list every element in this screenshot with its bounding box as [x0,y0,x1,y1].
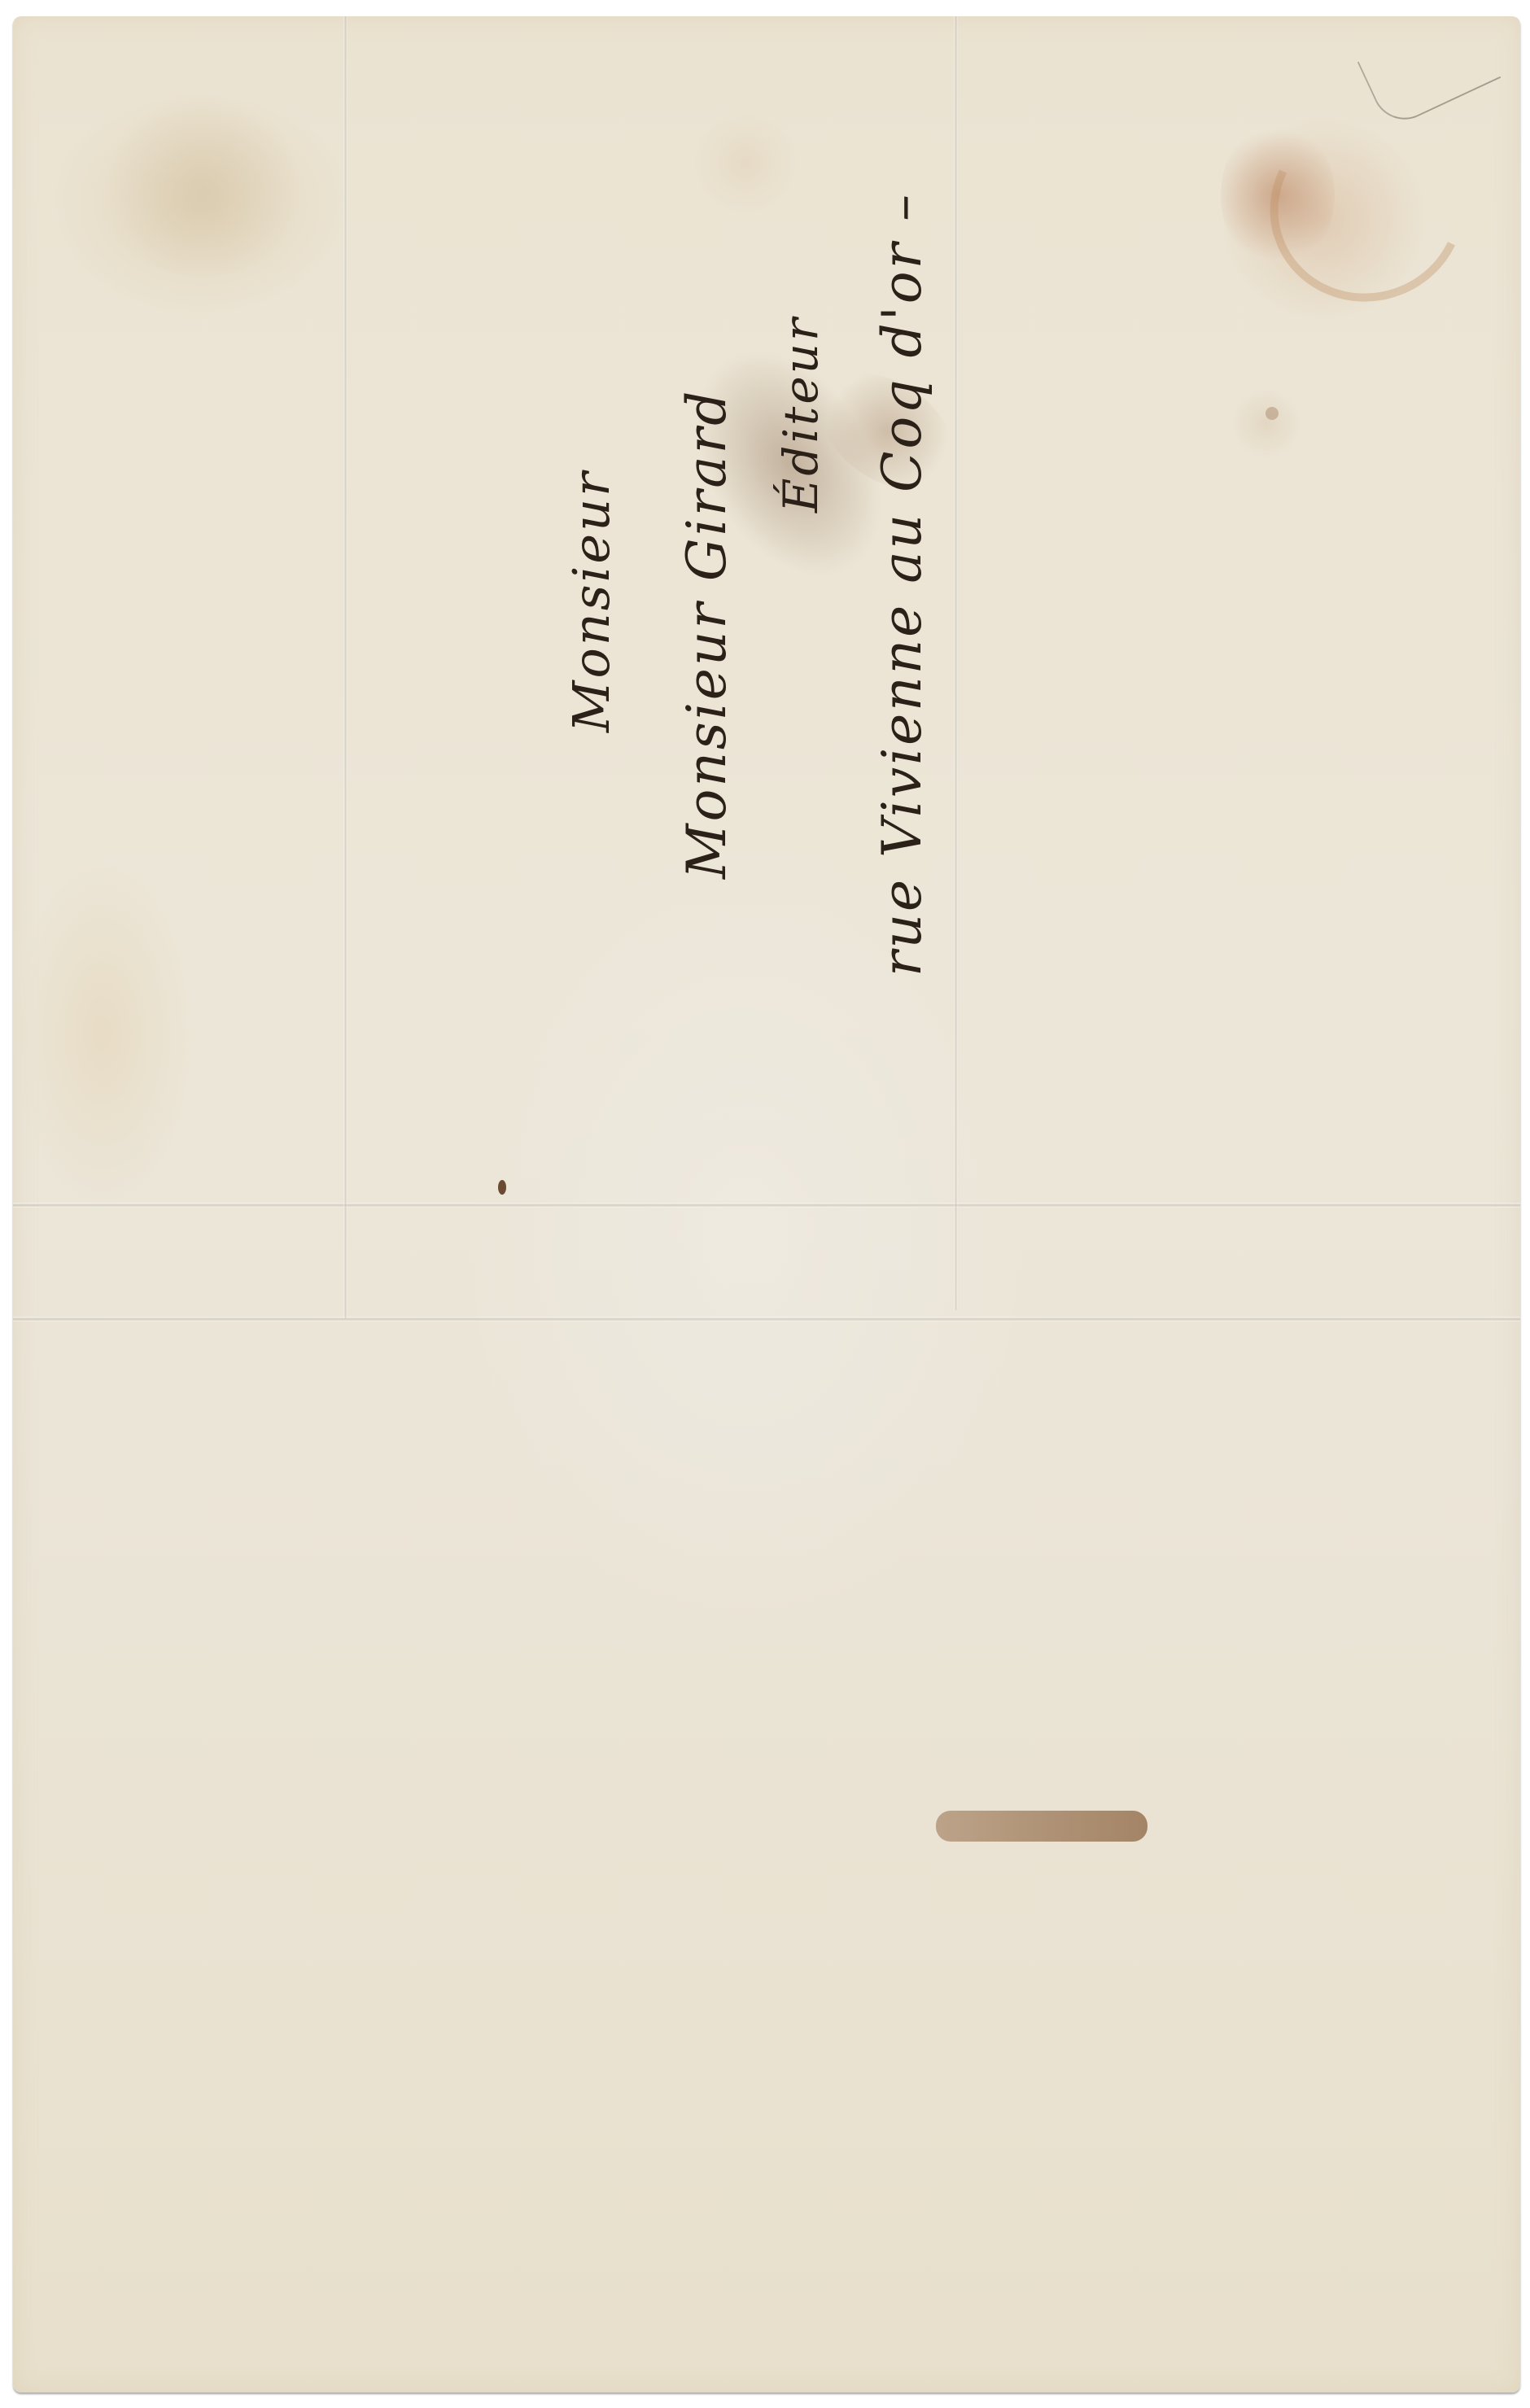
bottom-ink-smudge [936,1811,1147,1842]
address-line-street: rue Vivienne au Coq d'or – [871,192,933,977]
address-line-recipient: Monsieur Girard [675,389,738,879]
address-line-title: Éditeur [773,316,828,513]
fold-line-vertical [343,16,348,1318]
fold-line-horizontal [13,1203,1520,1208]
ink-spot [498,1180,506,1195]
fold-line-horizontal [13,1317,1520,1322]
ink-spot [1266,407,1279,420]
address-line-salutation: Monsieur [562,470,621,732]
wax-seal-stain [98,98,309,277]
fold-line-vertical [954,16,958,1310]
